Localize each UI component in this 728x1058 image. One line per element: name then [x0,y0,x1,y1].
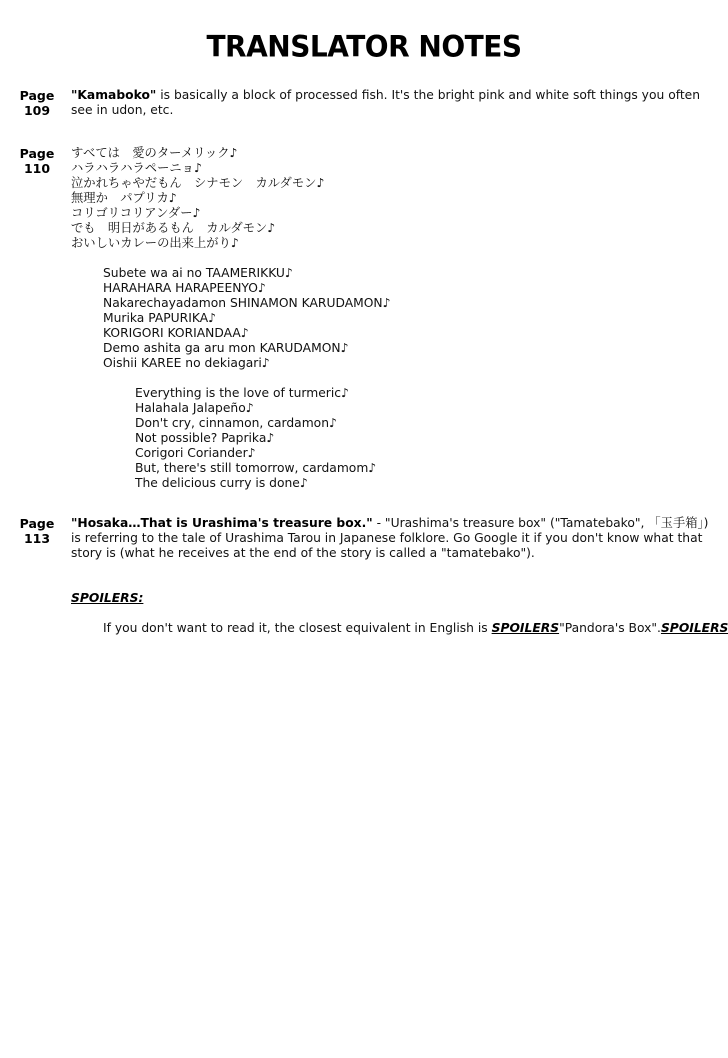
page-label: Page [14,516,60,531]
lyric-line: すべては 愛のターメリック♪ [71,146,716,161]
spoilers-section: SPOILERS: If you don't want to read it, … [71,591,716,636]
lyrics-japanese: すべては 愛のターメリック♪ ハラハラハラペーニョ♪ 泣かれちゃやだもん シナモ… [71,146,716,251]
note-text: is basically a block of processed fish. … [71,88,700,117]
lyric-line: Don't cry, cinnamon, cardamon♪ [135,416,716,431]
note-term: "Hosaka…That is Urashima's treasure box.… [71,516,373,530]
spoilers-heading: SPOILERS: [71,591,716,606]
page-number: 109 [14,103,60,118]
note-body: "Hosaka…That is Urashima's treasure box.… [71,516,716,636]
page-label: Page [14,88,60,103]
lyric-line: Nakarechayadamon SHINAMON KARUDAMON♪ [103,296,716,311]
spoiler-tag-start: SPOILERS [492,621,559,635]
page-label: Page [14,146,60,161]
document-title: TRANSLATOR NOTES [0,29,728,65]
page-reference: Page 109 [14,88,60,118]
lyric-line: Subete wa ai no TAAMERIKKU♪ [103,266,716,281]
lyric-line: KORIGORI KORIANDAA♪ [103,326,716,341]
spoiler-intro: If you don't want to read it, the closes… [103,621,492,635]
lyric-line: Oishii KAREE no dekiagari♪ [103,356,716,371]
lyric-line: Murika PAPURIKA♪ [103,311,716,326]
page-reference: Page 113 [14,516,60,546]
lyric-line: 無理か パプリカ♪ [71,191,716,206]
page-number: 110 [14,161,60,176]
lyric-line: Everything is the love of turmeric♪ [135,386,716,401]
lyric-line: おいしいカレーの出来上がり♪ [71,236,716,251]
lyric-line: The delicious curry is done♪ [135,476,716,491]
lyrics-english: Everything is the love of turmeric♪ Hala… [135,386,716,491]
spoiler-tag-end: SPOILERS [661,621,728,635]
lyric-line: Corigori Coriander♪ [135,446,716,461]
note-body: すべては 愛のターメリック♪ ハラハラハラペーニョ♪ 泣かれちゃやだもん シナモ… [71,146,716,491]
lyric-line: But, there's still tomorrow, cardamom♪ [135,461,716,476]
lyric-line: HARAHARA HARAPEENYO♪ [103,281,716,296]
lyrics-romaji: Subete wa ai no TAAMERIKKU♪ HARAHARA HAR… [103,266,716,371]
page-number: 113 [14,531,60,546]
spoiler-answer: "Pandora's Box". [559,621,661,635]
note-body: "Kamaboko" is basically a block of proce… [71,88,716,118]
lyric-line: ハラハラハラペーニョ♪ [71,161,716,176]
page-reference: Page 110 [14,146,60,176]
spoiler-text: If you don't want to read it, the closes… [103,621,716,636]
lyric-line: コリゴリコリアンダー♪ [71,206,716,221]
lyric-line: Halahala Jalapeño♪ [135,401,716,416]
lyric-line: 泣かれちゃやだもん シナモン カルダモン♪ [71,176,716,191]
note-term: "Kamaboko" [71,88,156,102]
lyric-line: でも 明日があるもん カルダモン♪ [71,221,716,236]
lyric-line: Demo ashita ga aru mon KARUDAMON♪ [103,341,716,356]
lyric-line: Not possible? Paprika♪ [135,431,716,446]
